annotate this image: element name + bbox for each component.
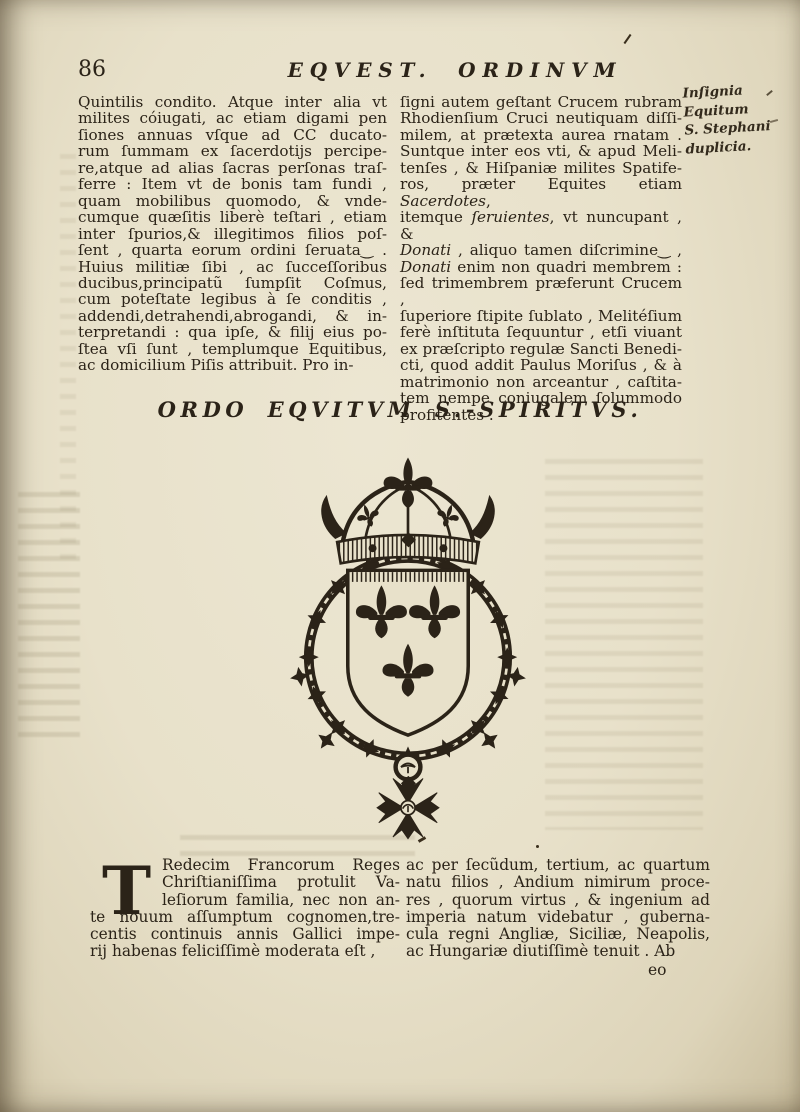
top-text-block: Quintilis condito. Atque inter alia vtmi… <box>78 94 682 423</box>
bottom-text-block: T Redecim Francorum RegesChriſtianiſſima… <box>90 857 710 961</box>
crown-fleur-finial <box>384 458 433 509</box>
text-line: inter ſpurios,& illegitimos filios poſ- <box>78 226 387 242</box>
bleed-through-texture <box>18 488 80 738</box>
text-line: cti, quod addit Paulus Moriſus , & à <box>400 357 682 373</box>
text-line: Rhodienſium Cruci neutiquam diſſi- <box>400 110 682 126</box>
royal-crown <box>322 458 495 564</box>
stray-ink-mark <box>536 845 539 848</box>
stray-ink-mark <box>624 34 632 44</box>
text-line: ferre : Item vt de bonis tam fundi , <box>78 176 387 192</box>
catchword: eo <box>648 961 667 979</box>
text-line: ſuperiore ſtipite ſublato , Melitéſium <box>400 308 682 324</box>
margin-note: InſigniaEquitumS. Stephaniduplicia. <box>682 79 786 158</box>
text-line: ſtea vſi ſunt , templumque Equitibus, <box>78 341 387 357</box>
text-line: ſiones annuas vſque ad CC ducato- <box>78 127 387 143</box>
text-line: cumque quæſitis liberè teſtari , etiam <box>78 209 387 225</box>
running-title: EQVEST. ORDINVM <box>160 58 750 82</box>
text-line: milites cóiugati, ac etiam digami pen <box>78 110 387 126</box>
text-line: ac per ſecũdum, tertium, ac quartum <box>406 857 710 874</box>
french-shield <box>348 570 468 735</box>
text-line: rum ſummam ex ſacerdotijs percipe- <box>78 143 387 159</box>
bleed-through-texture <box>545 455 703 830</box>
shield-hatched-chief <box>351 572 464 582</box>
top-left-column: Quintilis condito. Atque inter alia vtmi… <box>78 94 387 423</box>
text-line: rij habenas feliciſſimè moderata eſt , <box>90 943 400 960</box>
text-line: Quintilis condito. Atque inter alia vt <box>78 94 387 110</box>
bottom-left-column: T Redecim Francorum RegesChriſtianiſſima… <box>90 857 400 961</box>
text-line: tenſes , & Hiſpaniæ milites Spatife- <box>400 160 682 176</box>
drop-cap: T <box>102 863 151 919</box>
text-line: res , quorum virtus , & ingenium ad <box>406 892 710 909</box>
text-line: re,atque ad alias ſacras perſonas traſ- <box>78 160 387 176</box>
text-line: Suntque inter eos vti, & apud Meli- <box>400 143 682 159</box>
text-line: terpretandi : qua ipſe, & filij eius po- <box>78 324 387 340</box>
section-heading: ORDO EQVITVM S.-SPIRITVS. <box>0 397 800 422</box>
text-line: ferè inſtituta ſequuntur , etſi viuant <box>400 324 682 340</box>
text-line: natu filios , Andium nimirum proce- <box>406 874 710 891</box>
text-line: addendi,detrahendi,abrogandi, & in- <box>78 308 387 324</box>
text-line: imperia natum videbatur , guberna- <box>406 909 710 926</box>
text-line: ex præſcripto regulæ Sancti Benedi- <box>400 341 682 357</box>
book-page: { "header": { "page_number": "86", "runn… <box>0 0 800 1112</box>
text-line: ſent , quarta eorum ordini ſeruata‿ . <box>78 242 387 258</box>
top-right-column: ſigni autem geſtant Crucem rubramRhodien… <box>400 94 682 423</box>
text-line: Donati , aliquo tamen diſcrimine‿ , <box>400 242 682 258</box>
text-line: quam mobilibus quomodo, & vnde- <box>78 193 387 209</box>
text-line: itemque ſeruientes, vt nuncupant , & <box>400 209 682 242</box>
text-line: ros, præter Equites etiam Sacerdotes, <box>400 176 682 209</box>
page-number: 86 <box>78 57 106 82</box>
text-line: Huius militiæ ſibi , ac ſucceſſoribus <box>78 259 387 275</box>
text-line: ſigni autem geſtant Crucem rubram <box>400 94 682 110</box>
bottom-right-column: ac per ſecũdum, tertium, ac quartumnatu … <box>406 857 710 961</box>
holy-spirit-pendant <box>377 755 439 839</box>
text-line: matrimonio non arceantur , caſtita- <box>400 374 682 390</box>
text-line: milem, at prætexta aurea rnatam . <box>400 127 682 143</box>
text-line: ac domicilium Piſis attribuit. Pro in- <box>78 357 387 373</box>
maltese-cross-icon <box>377 777 439 839</box>
text-line: ducibus,principatũ ſumpſit Coſmus, <box>78 275 387 291</box>
royal-arms-emblem <box>284 444 532 842</box>
text-line: ac Hungariæ diutiſſimè tenuit . Ab <box>406 943 710 960</box>
bleed-through-texture <box>60 150 76 570</box>
text-line: cula regni Angliæ, Siciliæ, Neapolis, <box>406 926 710 943</box>
text-line: ſed trimembrem præferunt Crucem , <box>400 275 682 308</box>
text-line: Donati enim non quadri membrem : <box>400 259 682 275</box>
text-line: cum poteſtate legibus à ſe conditis , <box>78 291 387 307</box>
